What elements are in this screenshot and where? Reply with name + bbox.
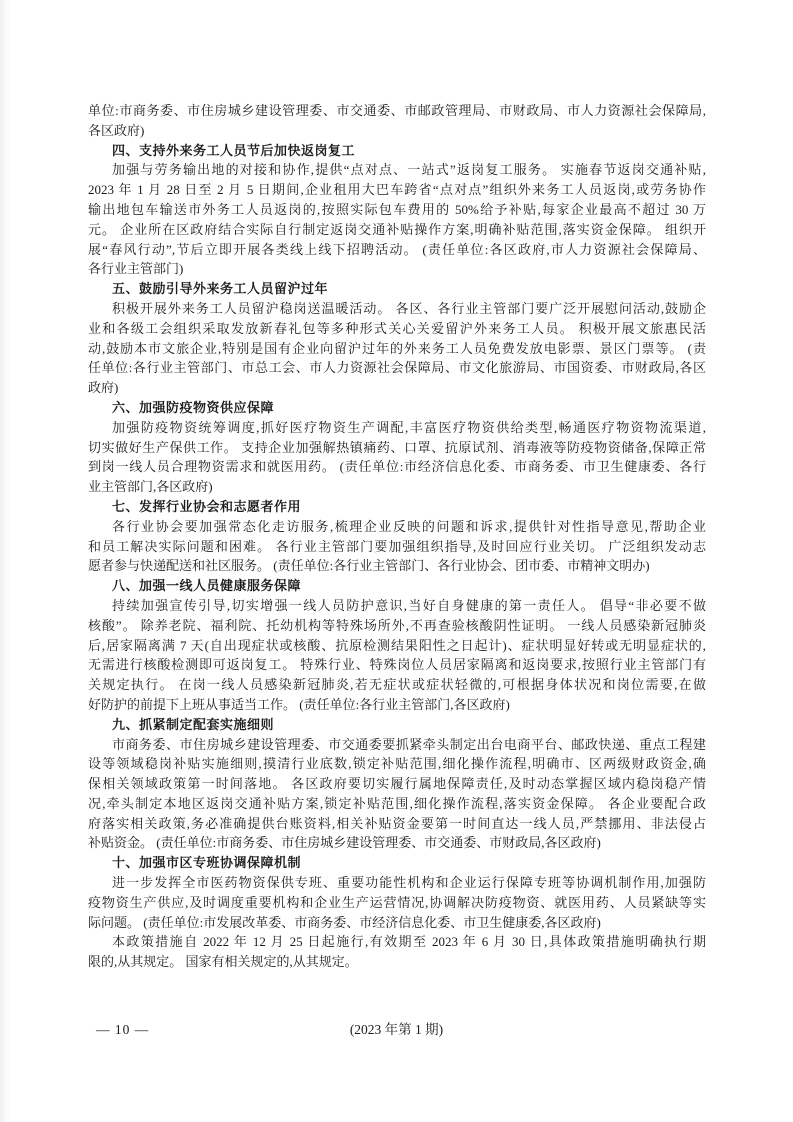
text-line: 保相关领域政策第一时间落地。 各区政府要切实履行属地保障责任,及时动态掌握区域内… xyxy=(88,774,706,794)
text-line: 各行业协会要加强常态化走访服务,梳理企业反映的问题和诉求,提供针对性指导意见,帮… xyxy=(88,517,706,537)
text-line: 业和各级工会组织采取发放新春礼包等多种形式关心关爱留沪外来务工人员。 积极开展文… xyxy=(88,319,706,339)
text-line: 政府) xyxy=(88,378,706,398)
text-line: 单位:市商务委、市住房城乡建设管理委、市交通委、市邮政管理局、市财政局、市人力资… xyxy=(88,101,706,121)
page-number: — 10 — xyxy=(96,1021,149,1039)
text-line: 加强与劳务输出地的对接和协作,提供“点对点、一站式”返岗复工服务。 实施春节返岗… xyxy=(88,160,706,180)
document-page: 单位:市商务委、市住房城乡建设管理委、市交通委、市邮政管理局、市财政局、市人力资… xyxy=(0,0,793,1122)
page-footer: (2023 年第 1 期) — 10 — xyxy=(0,1021,793,1039)
text-line: 设等领域稳岗补贴实施细则,摸清行业底数,锁定补贴范围,细化操作流程,明确市、区两… xyxy=(88,754,706,774)
section-heading: 七、发挥行业协会和志愿者作用 xyxy=(88,497,706,517)
section-heading: 十、加强市区专班协调保障机制 xyxy=(88,853,706,873)
text-line: 业主管部门,各区政府) xyxy=(88,477,706,497)
text-line: 疫物资生产供应,及时调度重要机构和企业生产运营情况,协调解决防疫物资、就医用药、… xyxy=(88,893,706,913)
section-heading: 五、鼓励引导外来务工人员留沪过年 xyxy=(88,279,706,299)
text-line: 况,牵头制定本地区返岗交通补贴方案,锁定补贴范围,细化操作流程,落实资金保障。 … xyxy=(88,794,706,814)
text-line: 任单位:各行业主管部门、市总工会、市人力资源社会保障局、市文化旅游局、市国资委、… xyxy=(88,358,706,378)
text-line: 本政策措施自 2022 年 12 月 25 日起施行,有效期至 2023 年 6… xyxy=(88,932,706,952)
text-line: 后,居家隔离满 7 天(自出现症状或核酸、抗原检测结果阳性之日起计)、症状明显好… xyxy=(88,636,706,656)
text-line: 市商务委、市住房城乡建设管理委、市交通委要抓紧牵头制定出台电商平台、邮政快递、重… xyxy=(88,735,706,755)
text-line: 2023 年 1 月 28 日至 2 月 5 日期间,企业租用大巴车跨省“点对点… xyxy=(88,180,706,200)
text-line: 关规定执行。 在岗一线人员感染新冠肺炎,若无症状或症状轻微的,可根据身体状况和岗… xyxy=(88,675,706,695)
text-line: 好防护的前提下上班从事适当工作。 (责任单位:各行业主管部门,各区政府) xyxy=(88,695,706,715)
text-line: 和员工解决实际问题和困难。 各行业主管部门要加强组织指导,及时回应行业关切。 广… xyxy=(88,537,706,557)
text-line: 限的,从其规定。 国家有相关规定的,从其规定。 xyxy=(88,952,706,972)
document-body: 单位:市商务委、市住房城乡建设管理委、市交通委、市邮政管理局、市财政局、市人力资… xyxy=(88,101,706,972)
text-line: 际问题。 (责任单位:市发展改革委、市商务委、市经济信息化委、市卫生健康委,各区… xyxy=(88,913,706,933)
text-line: 动,鼓励本市文旅企业,特别是国有企业向留沪过年的外来务工人员免费发放电影票、景区… xyxy=(88,339,706,359)
text-line: 愿者参与快递配送和社区服务。 (责任单位:各行业主管部门、各行业协会、团市委、市… xyxy=(88,556,706,576)
text-line: 到岗一线人员合理物资需求和就医用药。 (责任单位:市经济信息化委、市商务委、市卫… xyxy=(88,457,706,477)
text-line: 积极开展外来务工人员留沪稳岗送温暖活动。 各区、各行业主管部门要广泛开展慰问活动… xyxy=(88,299,706,319)
text-line: 展“春风行动”,节后立即开展各类线上线下招聘活动。 (责任单位:各区政府,市人力… xyxy=(88,240,706,260)
text-line: 元。 企业所在区政府结合实际自行制定返岗交通补贴操作方案,明确补贴范围,落实资金… xyxy=(88,220,706,240)
section-heading: 六、加强防疫物资供应保障 xyxy=(88,398,706,418)
text-line: 核酸”。 除养老院、福利院、托幼机构等特殊场所外,不再查验核酸阴性证明。 一线人… xyxy=(88,616,706,636)
text-line: 无需进行核酸检测即可返岗复工。 特殊行业、特殊岗位人员居家隔离和返岗要求,按照行… xyxy=(88,655,706,675)
text-line: 补贴资金。 (责任单位:市商务委、市住房城乡建设管理委、市交通委、市财政局,各区… xyxy=(88,833,706,853)
section-heading: 九、抓紧制定配套实施细则 xyxy=(88,715,706,735)
text-line: 输出地包车输送市外务工人员返岗的,按照实际包车费用的 50%给予补贴,每家企业最… xyxy=(88,200,706,220)
text-line: 加强防疫物资统筹调度,抓好医疗物资生产调配,丰富医疗物资供给类型,畅通医疗物资物… xyxy=(88,418,706,438)
text-line: 进一步发挥全市医药物资保供专班、重要功能性机构和企业运行保障专班等协调机制作用,… xyxy=(88,873,706,893)
text-line: 持续加强宣传引导,切实增强一线人员防护意识,当好自身健康的第一责任人。 倡导“非… xyxy=(88,596,706,616)
section-heading: 八、加强一线人员健康服务保障 xyxy=(88,576,706,596)
text-line: 各行业主管部门) xyxy=(88,259,706,279)
text-line: 切实做好生产保供工作。 支持企业加强解热镇痛药、口罩、抗原试剂、消毒液等防疫物资… xyxy=(88,438,706,458)
text-line: 府落实相关政策,务必准确提供台账资料,相关补贴资金要第一时间直达一线人员,严禁挪… xyxy=(88,814,706,834)
section-heading: 四、支持外来务工人员节后加快返岗复工 xyxy=(88,141,706,161)
text-line: 各区政府) xyxy=(88,121,706,141)
